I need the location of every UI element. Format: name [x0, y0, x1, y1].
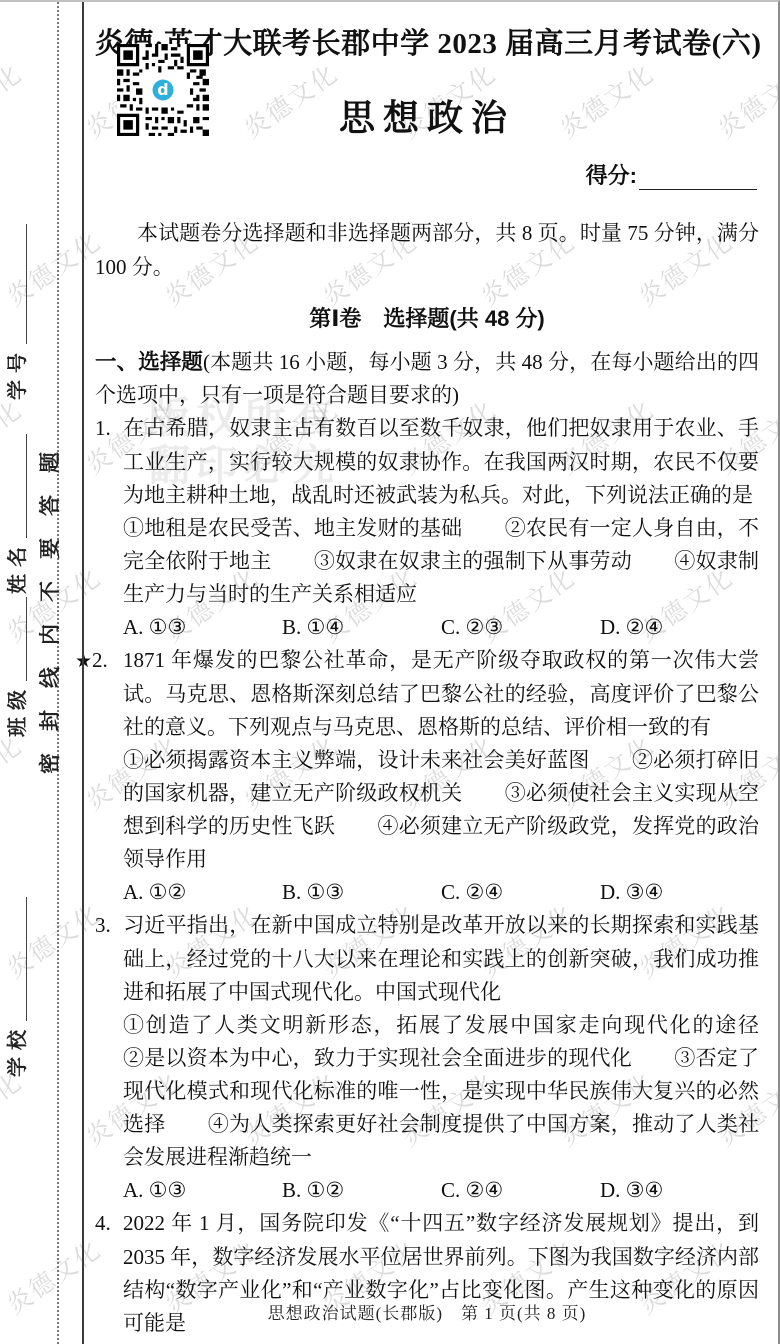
field-name-line	[26, 434, 27, 538]
field-class-label: 班级	[1, 683, 30, 737]
subject-row: d 思想政治	[95, 78, 759, 188]
question-number: ★2.	[75, 644, 123, 678]
svg-text:d: d	[157, 80, 168, 99]
option-b: B. ①②	[282, 1174, 441, 1207]
question-stem: 在古希腊，奴隶主占有数百以至数千奴隶，他们把奴隶用于农业、手工业生产，实行较大规…	[123, 416, 759, 507]
qr-code: d	[117, 44, 209, 136]
intro-paragraph: 本试题卷分选择题和非选择题两部分，共 8 页。时量 75 分钟，满分 100 分…	[95, 216, 759, 284]
question: 1.在古希腊，奴隶主占有数百以至数千奴隶，他们把奴隶用于农业、手工业生产，实行较…	[95, 412, 759, 644]
question: 3.习近平指出，在新中国成立特别是改革开放以来的长期探索和实践基础上，经过党的十…	[95, 909, 759, 1207]
questions-container: 1.在古希腊，奴隶主占有数百以至数千奴隶，他们把奴隶用于农业、手工业生产，实行较…	[95, 412, 759, 1340]
question-number: 1.	[95, 412, 123, 446]
question: ★2.1871 年爆发的巴黎公社革命，是无产阶级夺取政权的第一次伟大尝试。马克思…	[95, 644, 759, 909]
mcq-lead: 一、选择题(本题共 16 小题，每小题 3 分，共 48 分，在每小题给出的四个…	[95, 346, 759, 412]
option-b: B. ①③	[282, 876, 441, 909]
answer-options: A. ①② B. ①③ C. ②④ D. ③④	[123, 876, 759, 909]
field-class-line	[26, 597, 27, 681]
brand-watermark: 炎德文化	[0, 894, 108, 985]
field-school-line	[26, 897, 27, 1021]
option-c: C. ②④	[441, 876, 600, 909]
option-a: A. ①②	[123, 876, 282, 909]
question-body: ★2.1871 年爆发的巴黎公社革命，是无产阶级夺取政权的第一次伟大尝试。马克思…	[123, 644, 759, 744]
mcq-lead-title: 一、选择题	[95, 350, 203, 374]
field-school-label: 学校	[1, 1023, 30, 1077]
question-number: 3.	[95, 909, 123, 943]
field-name-label: 姓名	[1, 540, 30, 594]
field-school: 学校	[4, 897, 30, 1077]
field-class: 班级	[4, 597, 30, 737]
option-a: A. ①③	[123, 1174, 282, 1207]
question-items: ①创造了人类文明新形态，拓展了发展中国家走向现代化的途径 ②是以资本为中心，致力…	[123, 1009, 759, 1174]
field-name: 姓名	[4, 434, 30, 594]
question-items: ①必须揭露资本主义弊端，设计未来社会美好蓝图 ②必须打碎旧的国家机器，建立无产阶…	[123, 744, 759, 876]
question-body: 3.习近平指出，在新中国成立特别是改革开放以来的长期探索和实践基础上，经过党的十…	[123, 909, 759, 1009]
exam-page: 炎德文化炎德文化炎德文化炎德文化炎德文化炎德文化炎德文化炎德文化炎德文化炎德文化…	[0, 0, 780, 1344]
option-d: D. ②④	[600, 611, 759, 644]
question-body: 1.在古希腊，奴隶主占有数百以至数千奴隶，他们把奴隶用于农业、手工业生产，实行较…	[123, 412, 759, 512]
brand-watermark: 炎德文化	[0, 726, 29, 817]
option-b: B. ①④	[282, 611, 441, 644]
page-footer: 思想政治试题(长郡版) 第 1 页(共 8 页)	[95, 1299, 759, 1324]
section1-header: 第Ⅰ卷 选择题(共 48 分)	[95, 304, 759, 334]
seal-dotted-line	[57, 2, 59, 1344]
option-a: A. ①③	[123, 611, 282, 644]
seal-text: 密封线内不要答题	[34, 426, 60, 774]
field-student-id-line	[26, 224, 27, 344]
option-c: C. ②③	[441, 611, 600, 644]
option-c: C. ②④	[441, 1174, 600, 1207]
brand-watermark: 炎德文化	[0, 1230, 108, 1321]
answer-options: A. ①③ B. ①④ C. ②③ D. ②④	[123, 611, 759, 644]
brand-watermark: 炎德文化	[0, 54, 29, 145]
content-area: 炎德·英才大联考长郡中学 2023 届高三月考试卷(六) d 思想政治 得分: …	[95, 2, 759, 1340]
brand-watermark: 炎德文化	[0, 558, 108, 649]
brand-watermark: 炎德文化	[0, 1062, 29, 1153]
question-stem: 1871 年爆发的巴黎公社革命，是无产阶级夺取政权的第一次伟大尝试。马克思、恩格…	[123, 648, 759, 739]
question-number: 4.	[95, 1207, 123, 1241]
option-d: D. ③④	[600, 876, 759, 909]
brand-watermark: 炎德文化	[0, 222, 108, 313]
field-student-id: 学号	[4, 224, 30, 400]
option-d: D. ③④	[600, 1174, 759, 1207]
question-items: ①地租是农民受苦、地主发财的基础 ②农民有一定人身自由，不完全依附于地主 ③奴隶…	[123, 512, 759, 611]
question-stem: 习近平指出，在新中国成立特别是改革开放以来的长期探索和实践基础上，经过党的十八大…	[123, 913, 759, 1004]
field-student-id-label: 学号	[1, 346, 30, 400]
star-icon: ★	[75, 651, 92, 672]
brand-watermark: 炎德文化	[0, 390, 29, 481]
answer-options: A. ①③ B. ①② C. ②④ D. ③④	[123, 1174, 759, 1207]
